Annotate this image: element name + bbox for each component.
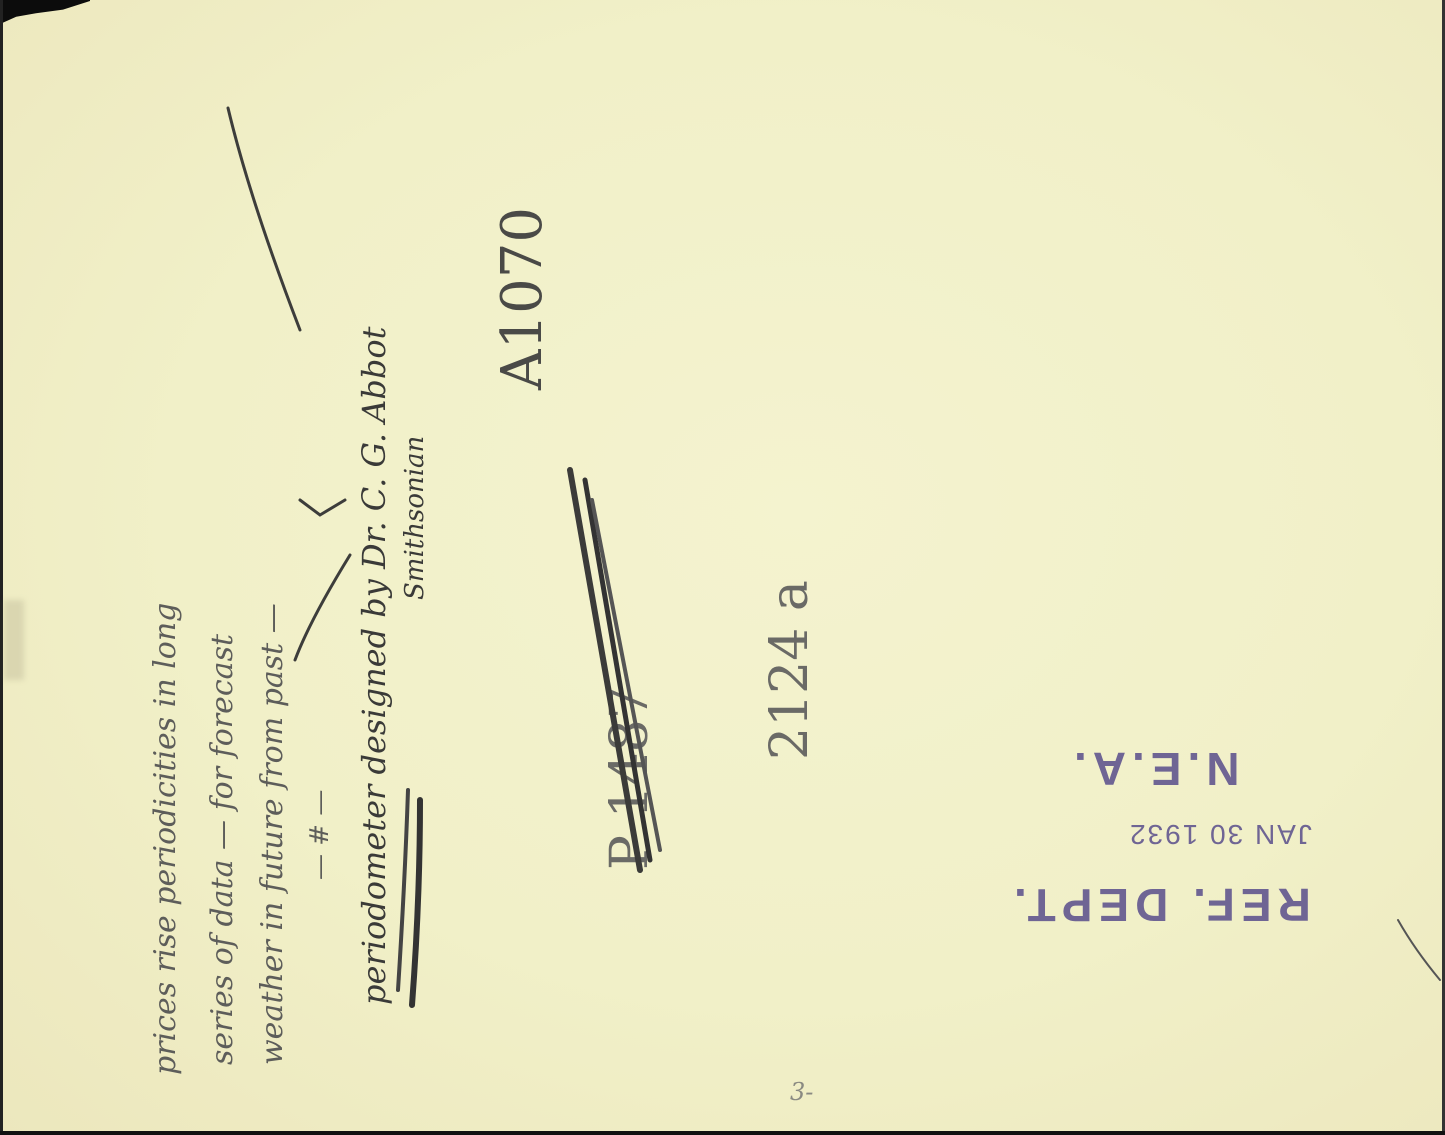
- stamp-org: N.E.A.: [1068, 742, 1239, 796]
- caption-line-2: series of data — for forecast: [205, 634, 240, 1065]
- caption-line-5: Smithsonian: [400, 436, 430, 600]
- caption-line-3: weather in future from past —: [255, 603, 290, 1065]
- caption-line-4: periodometer designed by Dr. C. G. Abbot: [355, 327, 393, 1005]
- scan-edge-left: [0, 0, 3, 1135]
- crossed-out-number: P 1487: [600, 686, 660, 870]
- smudge-mark: [4, 600, 24, 680]
- catalog-number: 2124 a: [760, 580, 820, 760]
- scan-edge-bottom: [0, 1131, 1445, 1135]
- page-mark: 3-: [790, 1078, 813, 1106]
- caption-line-1: prices rise periodicities in long: [148, 603, 183, 1075]
- stamp-dept: REF. DEPT.: [1008, 878, 1311, 932]
- archive-id: A1070: [490, 207, 555, 390]
- stamp-date: JAN 30 1932: [1128, 818, 1312, 850]
- caption-separator: — # —: [305, 790, 335, 880]
